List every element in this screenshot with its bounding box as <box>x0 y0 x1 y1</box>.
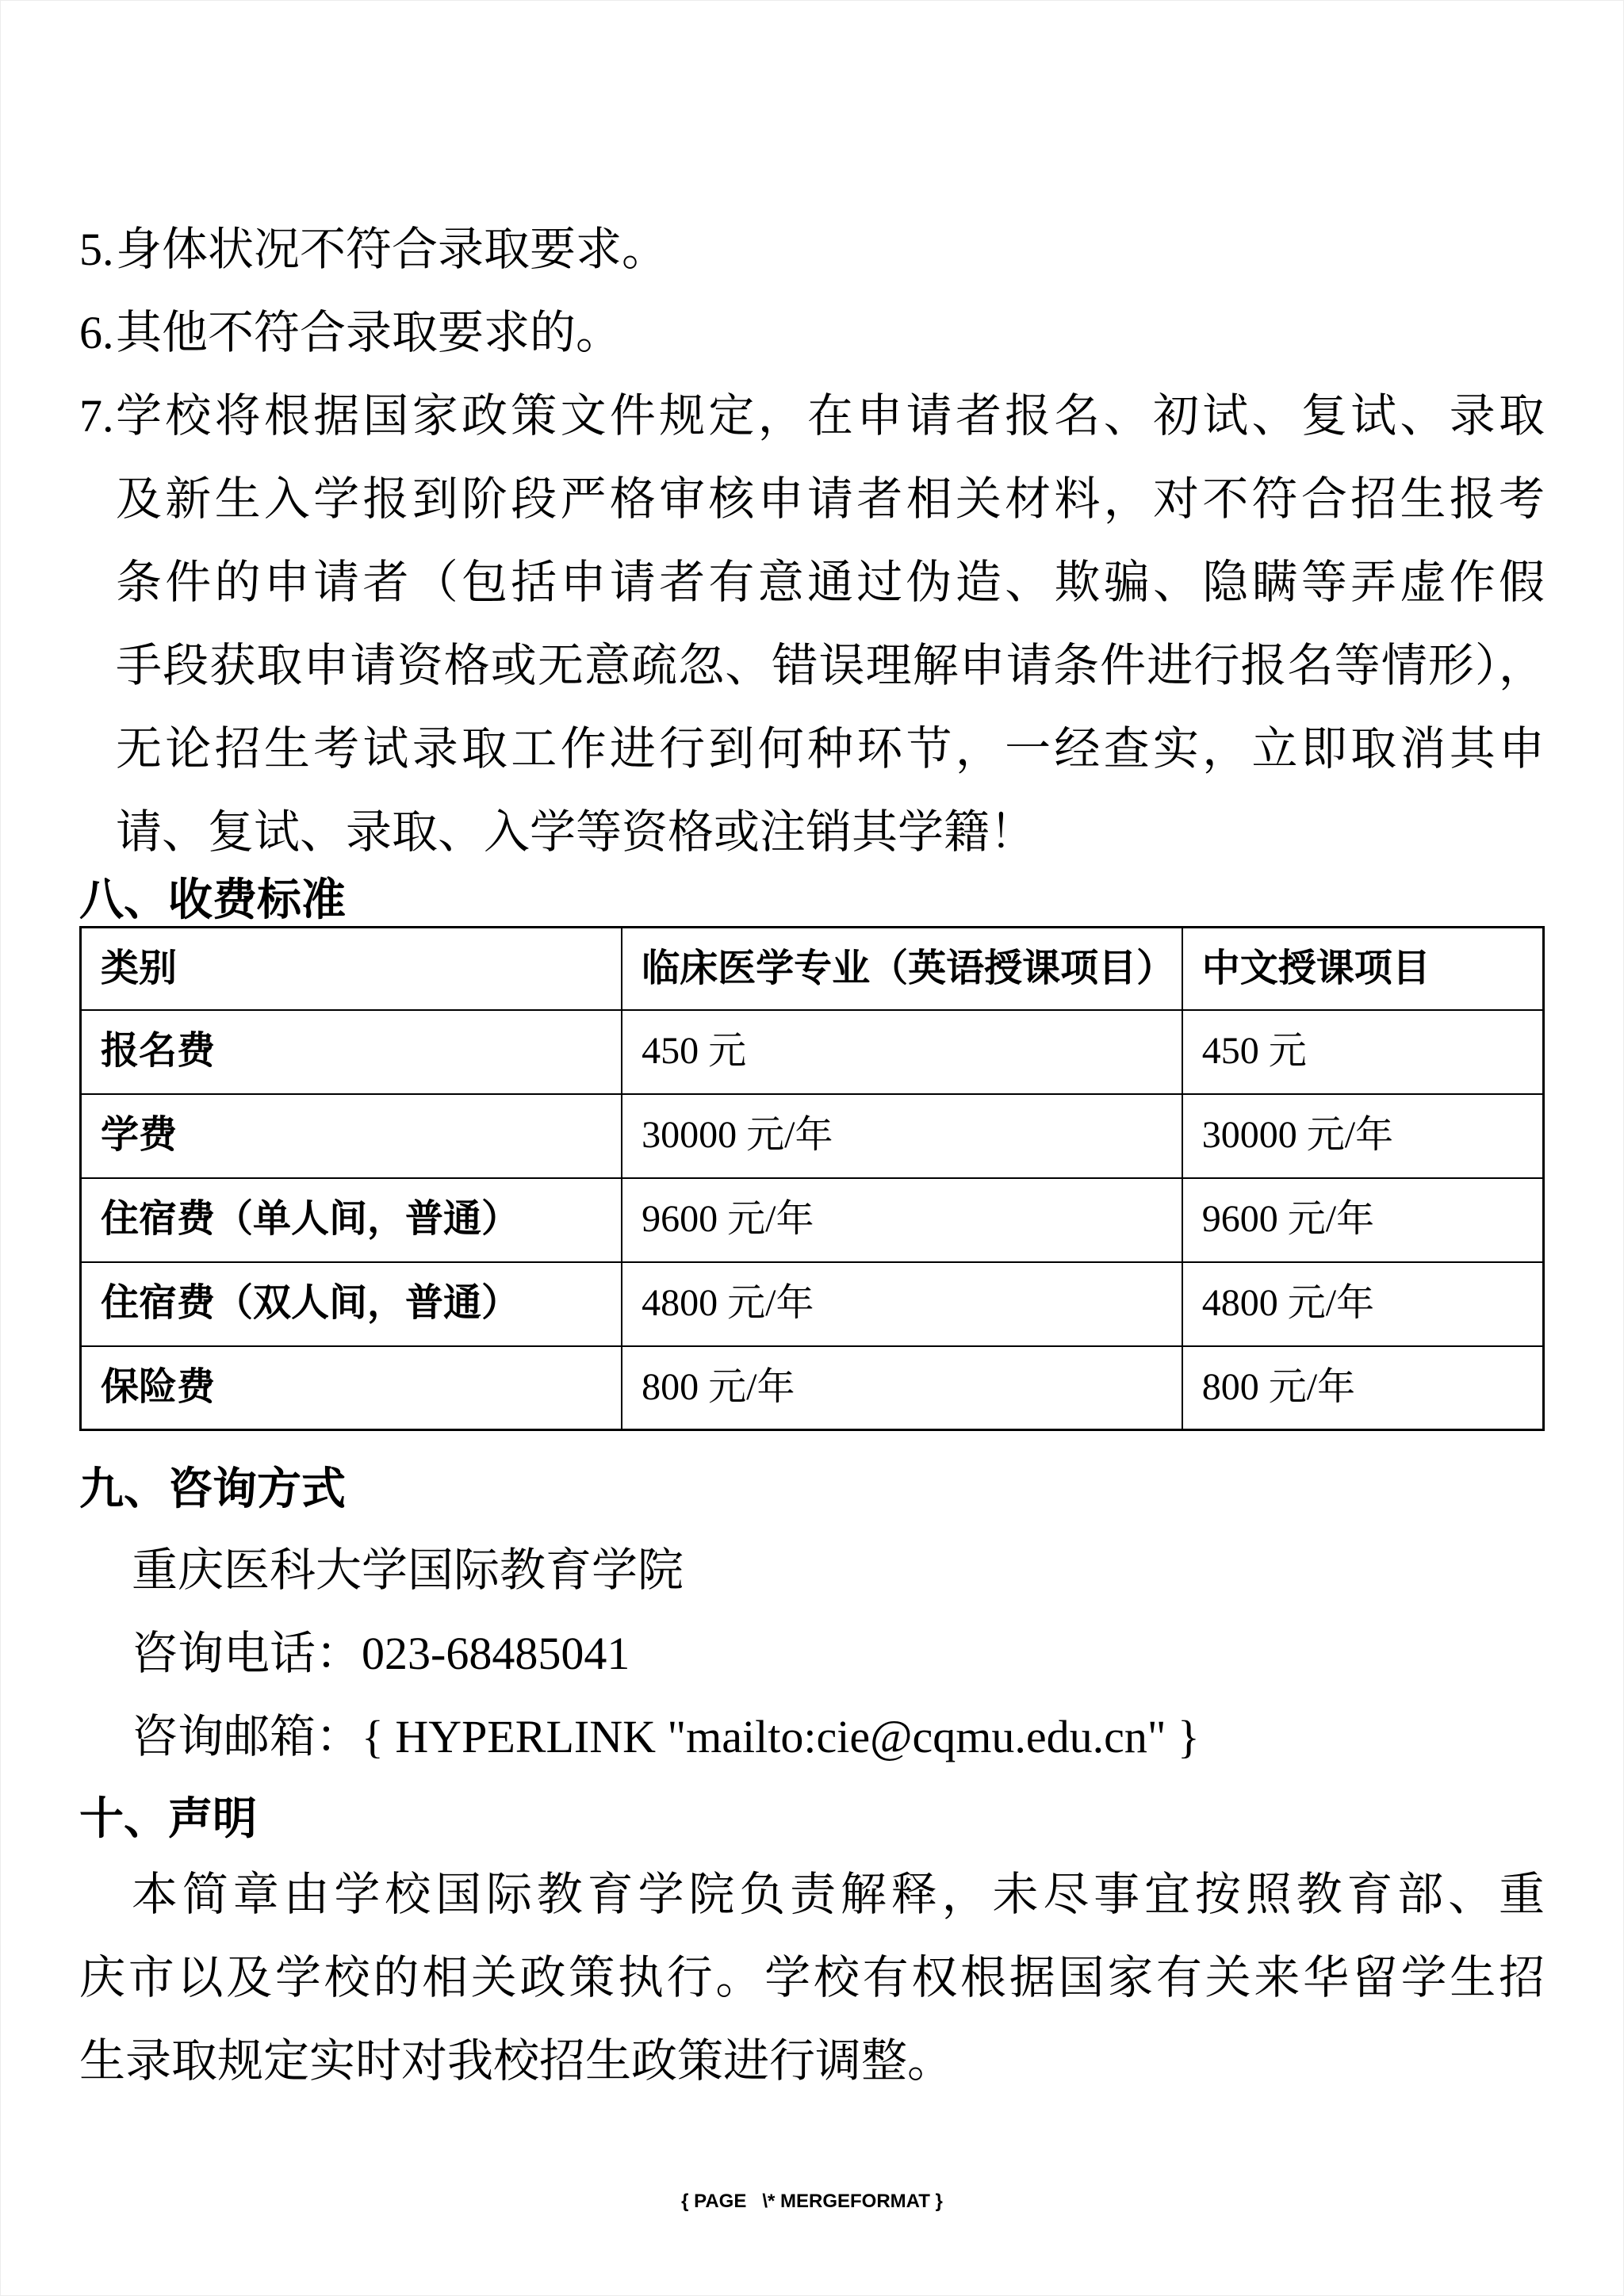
contact-email-hyperlink-field: 咨询邮箱：{ HYPERLINK "mailto:cie@cqmu.edu.cn… <box>132 1695 1545 1778</box>
fee-table-value-cell: 9600 元/年 <box>1182 1178 1544 1262</box>
statement-paragraph: 本简章由学校国际教育学院负责解释，未尽事宜按照教育部、重 庆市以及学校的相关政策… <box>79 1853 1545 2103</box>
fee-table-value-cell: 30000 元/年 <box>1182 1094 1544 1178</box>
fee-table: 类别 临床医学专业（英语授课项目） 中文授课项目 报名费 450 元 450 元… <box>79 926 1545 1431</box>
statement-line: 本简章由学校国际教育学院负责解释，未尽事宜按照教育部、重 <box>79 1853 1545 1936</box>
fee-table-value-cell: 30000 元/年 <box>622 1094 1182 1178</box>
section-heading-statement: 十、声明 <box>79 1793 1545 1845</box>
fee-table-value-cell: 9600 元/年 <box>622 1178 1182 1262</box>
section-heading-contact: 九、咨询方式 <box>79 1463 1545 1515</box>
fee-table-value-cell: 800 元/年 <box>622 1346 1182 1430</box>
list-item-text: 请、复试、录取、入学等资格或注销其学籍！ <box>116 790 1545 874</box>
fee-table-header-cell: 类别 <box>81 928 622 1010</box>
fee-table-header-cell: 中文授课项目 <box>1182 928 1544 1010</box>
fee-table-value-cell: 4800 元/年 <box>622 1262 1182 1346</box>
page-footer-field-code: { PAGE \* MERGEFORMAT } <box>0 2190 1624 2214</box>
list-item-5: 5. 身体状况不符合录取要求。 <box>79 208 1545 291</box>
list-item-body: 身体状况不符合录取要求。 <box>116 208 1545 291</box>
fee-table-label-cell: 报名费 <box>81 1010 622 1094</box>
list-item-text: 学校将根据国家政策文件规定，在申请者报名、初试、复试、录取 <box>116 374 1545 457</box>
document-page: 5. 身体状况不符合录取要求。 6. 其他不符合录取要求的。 7. 学校将根据国… <box>0 0 1624 2296</box>
list-item-text: 及新生入学报到阶段严格审核申请者相关材料，对不符合招生报考 <box>116 457 1545 541</box>
fee-table-row: 住宿费（单人间，普通） 9600 元/年 9600 元/年 <box>81 1178 1544 1262</box>
list-item-number: 5. <box>79 208 116 291</box>
list-item-text: 条件的申请者（包括申请者有意通过伪造、欺骗、隐瞒等弄虚作假 <box>116 541 1545 624</box>
list-item-6: 6. 其他不符合录取要求的。 <box>79 291 1545 374</box>
list-item-number: 6. <box>79 291 116 374</box>
list-item-text: 手段获取申请资格或无意疏忽、错误理解申请条件进行报名等情形）， <box>116 624 1545 707</box>
list-item-body: 其他不符合录取要求的。 <box>116 291 1545 374</box>
numbered-list: 5. 身体状况不符合录取要求。 6. 其他不符合录取要求的。 7. 学校将根据国… <box>79 208 1545 874</box>
contact-block: 重庆医科大学国际教育学院 咨询电话：023-68485041 咨询邮箱：{ HY… <box>132 1529 1545 1778</box>
fee-table-label-cell: 学费 <box>81 1094 622 1178</box>
fee-table-label-cell: 住宿费（双人间，普通） <box>81 1262 622 1346</box>
fee-table-value-cell: 800 元/年 <box>1182 1346 1544 1430</box>
fee-table-label-cell: 住宿费（单人间，普通） <box>81 1178 622 1262</box>
fee-table-row: 报名费 450 元 450 元 <box>81 1010 1544 1094</box>
fee-table-row: 学费 30000 元/年 30000 元/年 <box>81 1094 1544 1178</box>
fee-table-value-cell: 4800 元/年 <box>1182 1262 1544 1346</box>
section-heading-fees: 八、收费标准 <box>79 874 1545 926</box>
list-item-text: 无论招生考试录取工作进行到何种环节，一经查实，立即取消其申 <box>116 707 1545 790</box>
fee-table-header-cell: 临床医学专业（英语授课项目） <box>622 928 1182 1010</box>
list-item-7: 7. 学校将根据国家政策文件规定，在申请者报名、初试、复试、录取 及新生入学报到… <box>79 374 1545 874</box>
list-item-number: 7. <box>79 374 116 874</box>
fee-table-value-cell: 450 元 <box>622 1010 1182 1094</box>
fee-table-row: 住宿费（双人间，普通） 4800 元/年 4800 元/年 <box>81 1262 1544 1346</box>
fee-table-value-cell: 450 元 <box>1182 1010 1544 1094</box>
list-item-text: 其他不符合录取要求的。 <box>116 291 1545 374</box>
fee-table-row: 保险费 800 元/年 800 元/年 <box>81 1346 1544 1430</box>
contact-college-line: 重庆医科大学国际教育学院 <box>132 1529 1545 1612</box>
contact-phone-line: 咨询电话：023-68485041 <box>132 1612 1545 1695</box>
fee-table-header-row: 类别 临床医学专业（英语授课项目） 中文授课项目 <box>81 928 1544 1010</box>
statement-line: 生录取规定实时对我校招生政策进行调整。 <box>79 2019 1545 2103</box>
fee-table-label-cell: 保险费 <box>81 1346 622 1430</box>
list-item-text: 身体状况不符合录取要求。 <box>116 208 1545 291</box>
list-item-body: 学校将根据国家政策文件规定，在申请者报名、初试、复试、录取 及新生入学报到阶段严… <box>116 374 1545 874</box>
statement-line: 庆市以及学校的相关政策执行。学校有权根据国家有关来华留学生招 <box>79 1936 1545 2019</box>
